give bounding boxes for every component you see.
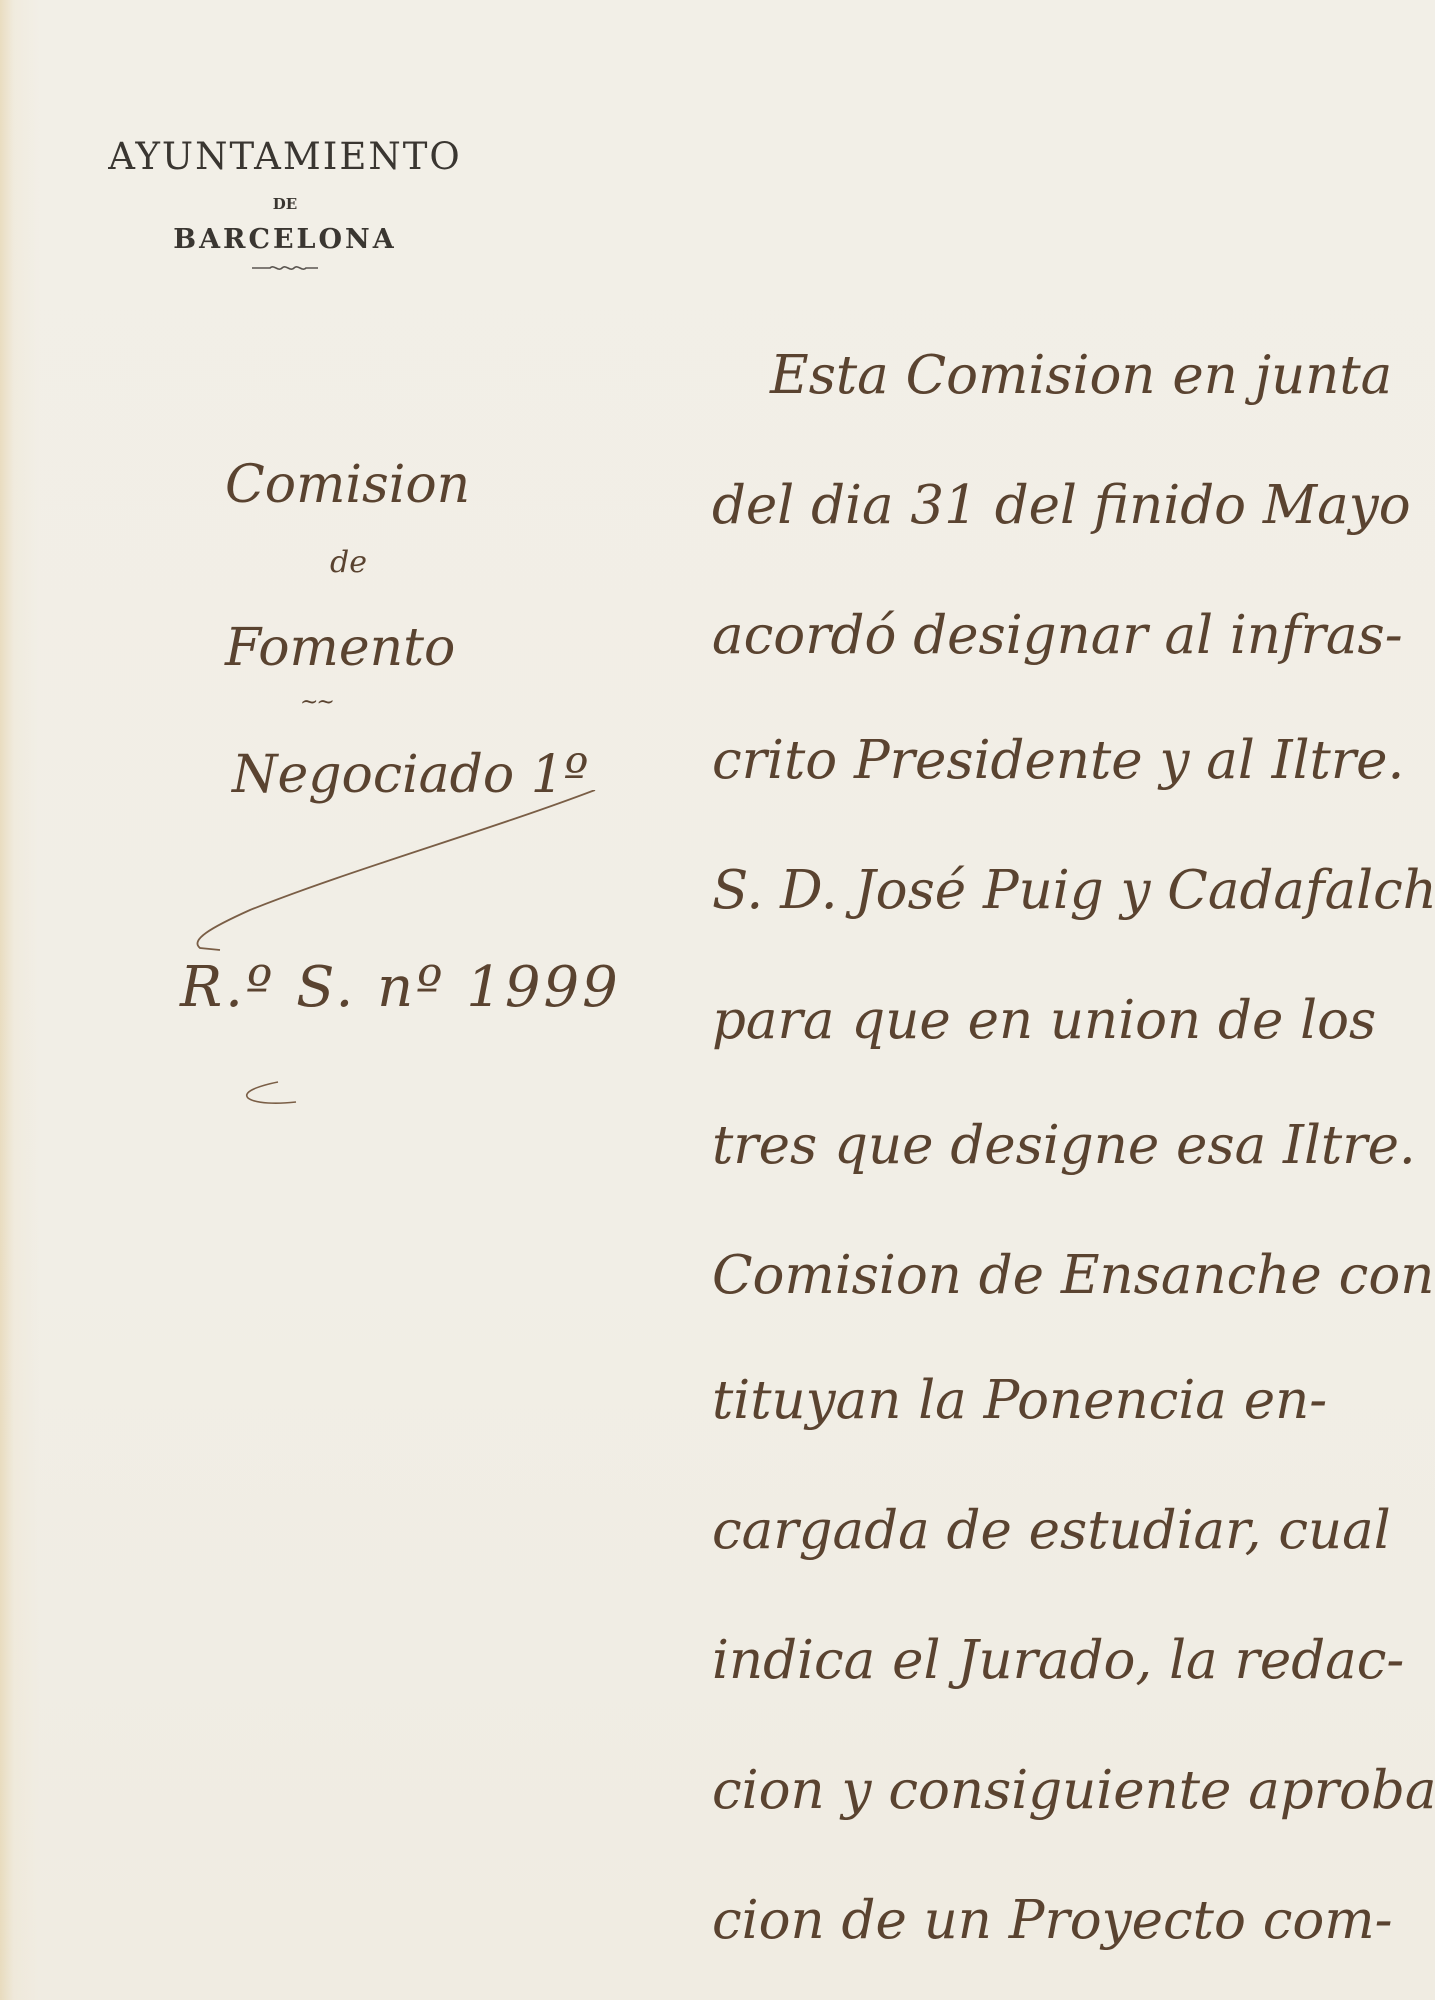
- letterhead-connector: DE: [70, 197, 500, 212]
- body-line: tituyan la Ponencia en-: [712, 1370, 1327, 1431]
- document-page: AYUNTAMIENTO DE BARCELONA Comision de Fo…: [0, 0, 1435, 2000]
- underline-swash-icon: [190, 790, 610, 960]
- margin-note-separator: ~~: [300, 690, 333, 715]
- body-line: cion y consiguiente aproba-: [712, 1760, 1435, 1821]
- margin-note-line-de: de: [330, 545, 367, 580]
- registry-reference: R.º S. nº 1999: [180, 955, 621, 1020]
- body-line: Esta Comision en junta: [770, 345, 1392, 406]
- body-line: crito Presidente y al Iltre.: [712, 730, 1404, 791]
- body-line: indica el Jurado, la redac-: [712, 1630, 1404, 1691]
- body-line: acordó designar al infras-: [712, 605, 1403, 666]
- body-line: cion de un Proyecto com-: [712, 1890, 1393, 1951]
- body-line: para que en union de los: [712, 990, 1376, 1051]
- margin-note-line-comision: Comision: [225, 455, 470, 515]
- letterhead-city: BARCELONA: [70, 226, 500, 253]
- body-line: Comision de Ensanche cons-: [712, 1245, 1435, 1306]
- body-line: del dia 31 del finido Mayo: [712, 475, 1411, 536]
- letterhead: AYUNTAMIENTO DE BARCELONA: [70, 138, 500, 279]
- body-line: cargada de estudiar, cual: [712, 1500, 1391, 1561]
- body-line: tres que designe esa Iltre.: [712, 1115, 1416, 1176]
- letterhead-title: AYUNTAMIENTO: [70, 138, 500, 175]
- body-line: S. D. José Puig y Cadafalch: [712, 860, 1435, 921]
- margin-note-line-fomento: Fomento: [225, 618, 455, 678]
- small-swash-icon: [238, 1080, 298, 1106]
- flourish-ornament-icon: [250, 261, 320, 275]
